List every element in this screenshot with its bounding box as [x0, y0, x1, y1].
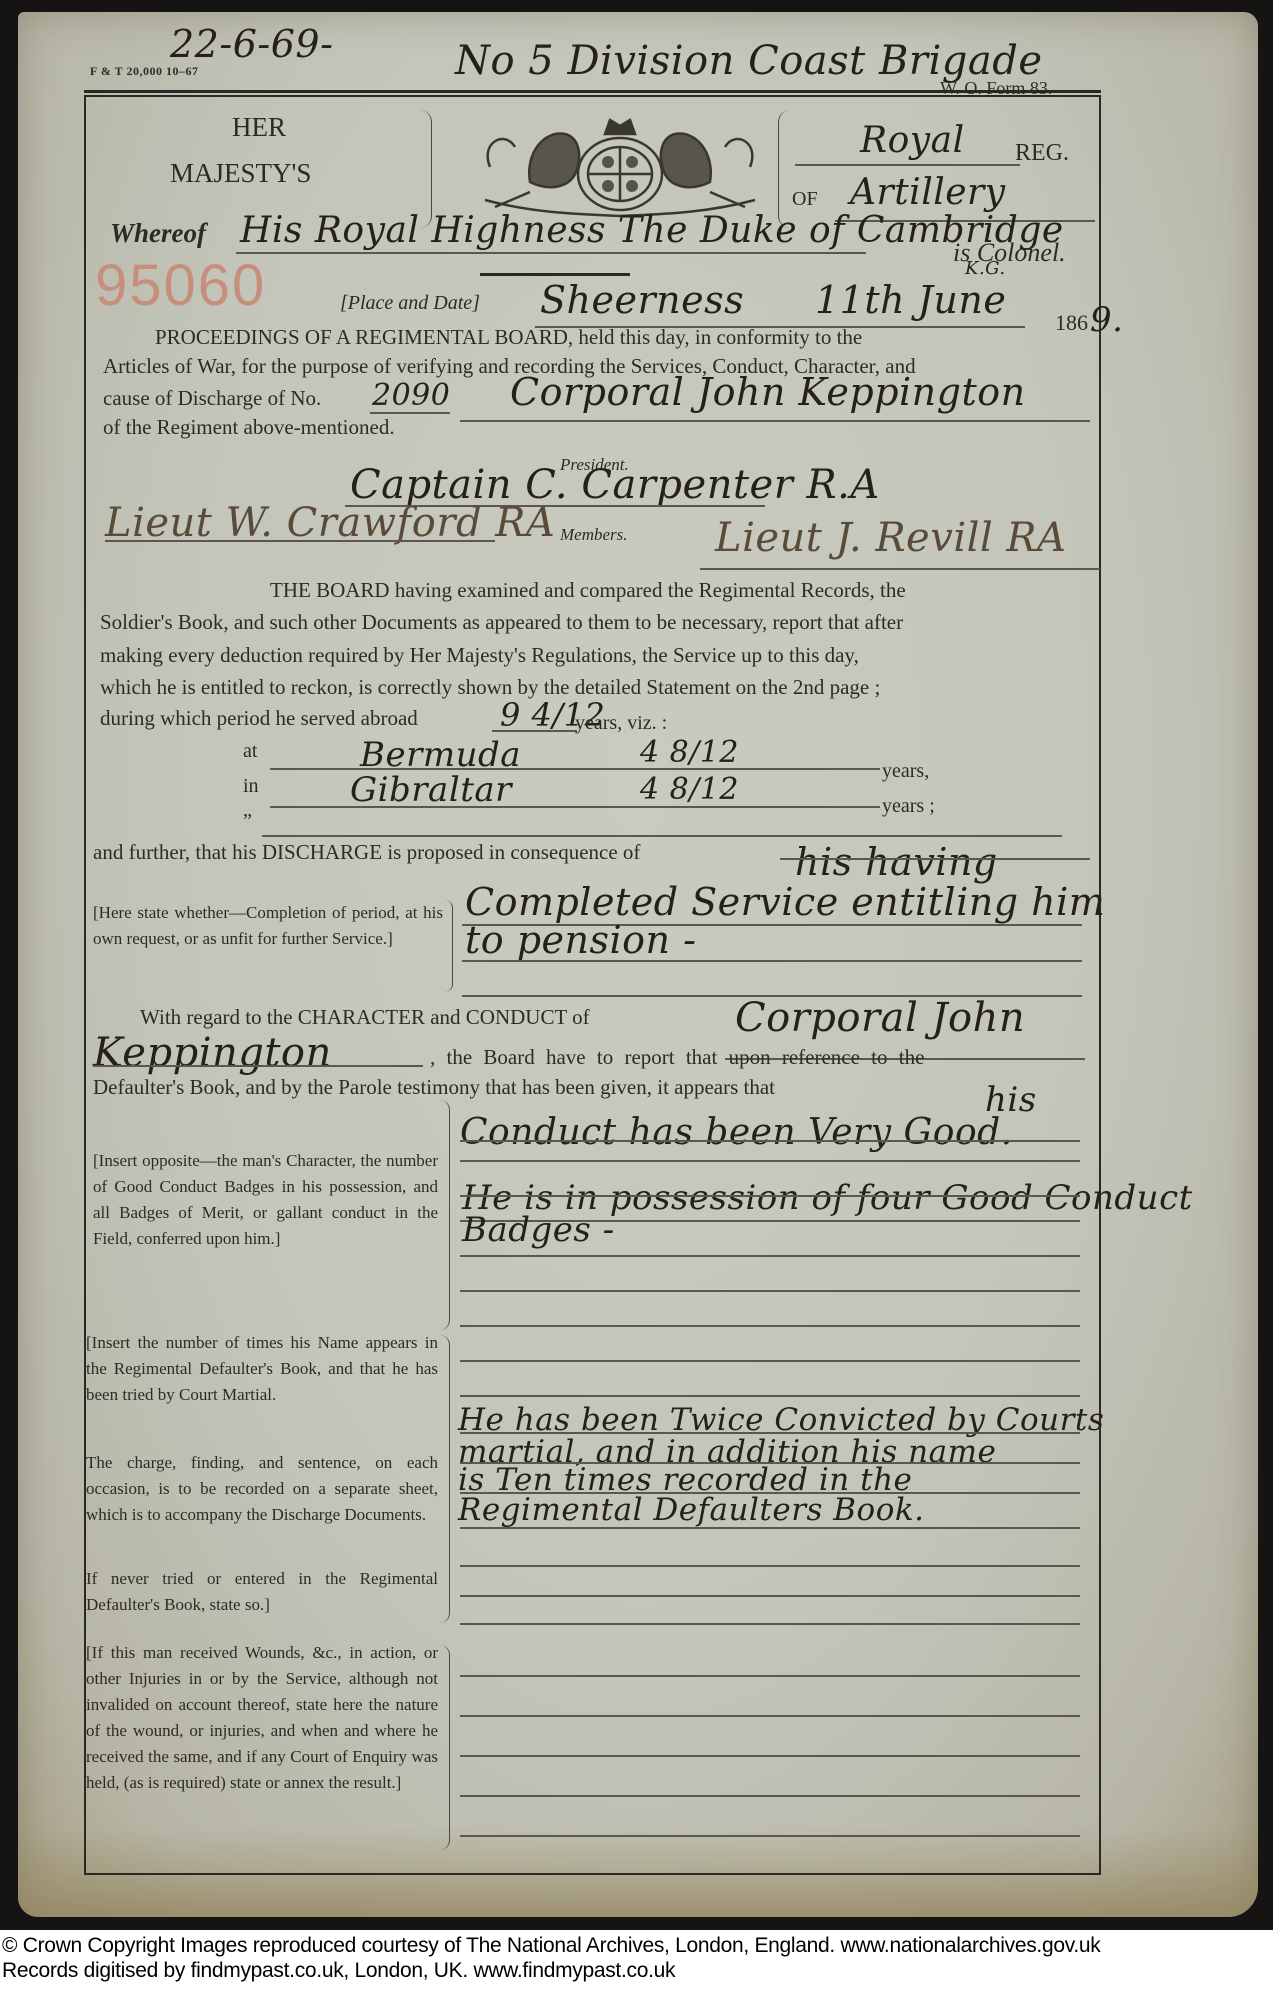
service-prep-1: at	[243, 740, 257, 763]
character-of: of	[572, 1005, 590, 1029]
wounds-line-3	[460, 1755, 1080, 1757]
discharge-reason-line3: to pension -	[465, 918, 696, 962]
soldier-name-line	[460, 420, 1090, 422]
abroad-years-line	[492, 730, 577, 732]
service-line-2	[270, 806, 880, 808]
discharge-caps: DISCHARGE	[262, 840, 382, 864]
year-prefix: 186	[1055, 310, 1088, 336]
discharge-suffix: is proposed in consequence of	[387, 840, 640, 864]
royal-coat-of-arms-icon	[470, 112, 770, 222]
soldier-name: Corporal John Keppington	[510, 370, 1026, 414]
copyright-line2: Records digitised by findmypast.co.uk, L…	[2, 1958, 1273, 1983]
wounds-bracket	[440, 1645, 450, 1850]
colonel-line	[236, 252, 866, 254]
soldier-number-line	[370, 412, 450, 414]
badges-line2: Badges -	[462, 1210, 615, 1250]
conduct-line-6	[460, 1290, 1080, 1292]
character-text1: , the Board have to report that upon ref…	[430, 1045, 924, 1070]
proceedings-caps: PROCEEDINGS OF A REGIMENTAL BOARD,	[155, 325, 573, 349]
board-caps: THE BOARD	[270, 578, 390, 602]
conduct-line-5	[460, 1255, 1080, 1257]
service-years-2: 4 8/12	[640, 772, 739, 807]
character-and: and	[430, 1005, 460, 1029]
member2-line	[700, 568, 1100, 570]
regiment-prefix-line	[795, 164, 1020, 166]
service-place-2: Gibraltar	[350, 770, 512, 810]
board-report-line5-suffix: years, viz. :	[575, 712, 667, 735]
conduct-value: Conduct has been Very Good.	[460, 1112, 1013, 1153]
defaulter-line-8	[460, 1595, 1080, 1597]
defaulter-line-1	[460, 1360, 1080, 1362]
character-bracket	[440, 1100, 450, 1330]
defaulter-entry-line4: Regimental Defaulters Book.	[458, 1492, 925, 1528]
member1-line	[105, 540, 495, 542]
majestys-label: MAJESTY'S	[170, 158, 311, 189]
conduct-line-2	[460, 1160, 1080, 1162]
proceedings-line1-rest: held this day, in conformity to the	[578, 325, 862, 349]
reg-label: REG.	[1015, 140, 1069, 167]
of-label: OF	[792, 188, 818, 211]
service-prep-2: in	[243, 775, 259, 798]
title-underline	[480, 273, 630, 276]
conduct-line-3	[460, 1195, 1080, 1197]
character-text2: Defaulter's Book, and by the Parole test…	[93, 1075, 775, 1100]
character-name-line2: Keppington	[93, 1030, 332, 1076]
member2-value: Lieut J. Revill RA	[715, 515, 1066, 561]
discharge-reason-line1-rule	[780, 858, 1090, 860]
wounds-line-1	[460, 1675, 1080, 1677]
reference-number: 95060	[95, 252, 266, 319]
members-label: Members.	[560, 525, 628, 545]
board-line1-rest: having examined and compared the Regimen…	[395, 578, 906, 602]
her-label: HER	[232, 112, 286, 143]
character-caps1: CHARACTER	[298, 1005, 425, 1029]
board-report-line4: which he is entitled to reckon, is corre…	[100, 675, 880, 700]
copyright-footer: © Crown Copyright Images reproduced cour…	[0, 1930, 1273, 1989]
wounds-line-4	[460, 1795, 1080, 1797]
defaulter-line-2	[460, 1395, 1080, 1397]
copyright-line1: © Crown Copyright Images reproduced cour…	[2, 1933, 1273, 1958]
proceedings-line4: of the Regiment above-mentioned.	[103, 415, 395, 440]
defaulter-bracket	[440, 1335, 450, 1623]
defaulter-instruction-p3: If never tried or entered in the Regimen…	[86, 1566, 438, 1618]
defaulter-instruction-p2: The charge, finding, and sentence, on ea…	[86, 1450, 438, 1528]
discharge-prefix: and further, that his	[93, 840, 257, 864]
character-caps2: CONDUCT	[466, 1005, 567, 1029]
place-date-label: [Place and Date]	[340, 292, 480, 315]
board-report-line2: Soldier's Book, and such other Documents…	[100, 610, 903, 635]
regiment-prefix-value: Royal	[860, 120, 965, 161]
board-report-line5-prefix: during which period he served abroad	[100, 706, 418, 731]
place-value: Sheerness	[540, 278, 744, 322]
wounds-line-2	[460, 1715, 1080, 1717]
regiment-value: Artillery	[850, 172, 1006, 213]
character-prefix: With regard to the	[140, 1005, 293, 1029]
defaulter-instruction-p1: [Insert the number of times his Name app…	[86, 1330, 438, 1408]
day-month-value: 11th June	[815, 278, 1006, 322]
discharge-reason-line3-rule	[462, 960, 1082, 962]
wounds-instruction: [If this man received Wounds, &c., in ac…	[86, 1640, 438, 1796]
whereof-label: Whereof	[110, 218, 206, 249]
year-suffix: 9.	[1090, 300, 1123, 340]
soldier-number: 2090	[372, 378, 450, 413]
character-instruction: [Insert opposite—the man's Character, th…	[93, 1148, 438, 1252]
defaulter-line-7	[460, 1565, 1080, 1567]
defaulter-line-9	[460, 1623, 1080, 1625]
service-years-1: 4 8/12	[640, 735, 739, 770]
proceedings-line1: PROCEEDINGS OF A REGIMENTAL BOARD, held …	[155, 325, 862, 350]
service-line-3	[262, 835, 1062, 837]
wounds-line-5	[460, 1835, 1080, 1837]
character-name-line1: Corporal John	[735, 995, 1025, 1041]
frame-top-rule	[84, 90, 1101, 93]
character-line: With regard to the CHARACTER and CONDUCT…	[140, 1005, 590, 1030]
handwritten-date: 22-6-69-	[170, 22, 333, 66]
board-report-line3: making every deduction required by Her M…	[100, 643, 859, 668]
discharge-reason-line1: his having	[795, 840, 998, 884]
character-name-line2-rule	[93, 1065, 423, 1067]
colonel-value: His Royal Highness The Duke of Cambridge	[240, 210, 1064, 251]
colonel-label: is Colonel.	[953, 238, 1066, 268]
service-prep-3: ”	[243, 810, 252, 833]
printer-mark: F & T 20,000 10–67	[90, 64, 198, 79]
service-unit-2: years ;	[882, 795, 935, 818]
board-report-line1: THE BOARD having examined and compared t…	[270, 578, 906, 603]
conduct-line-1	[460, 1140, 1080, 1142]
proceedings-line3-prefix: cause of Discharge of No.	[103, 386, 321, 411]
discharge-line: and further, that his DISCHARGE is propo…	[93, 840, 640, 865]
service-unit-1: years,	[882, 760, 929, 783]
conduct-line-7	[460, 1325, 1080, 1327]
discharge-instruction: [Here state whether—Completion of period…	[93, 900, 443, 952]
defaulter-line-6	[460, 1527, 1080, 1529]
discharge-bracket	[445, 900, 453, 992]
